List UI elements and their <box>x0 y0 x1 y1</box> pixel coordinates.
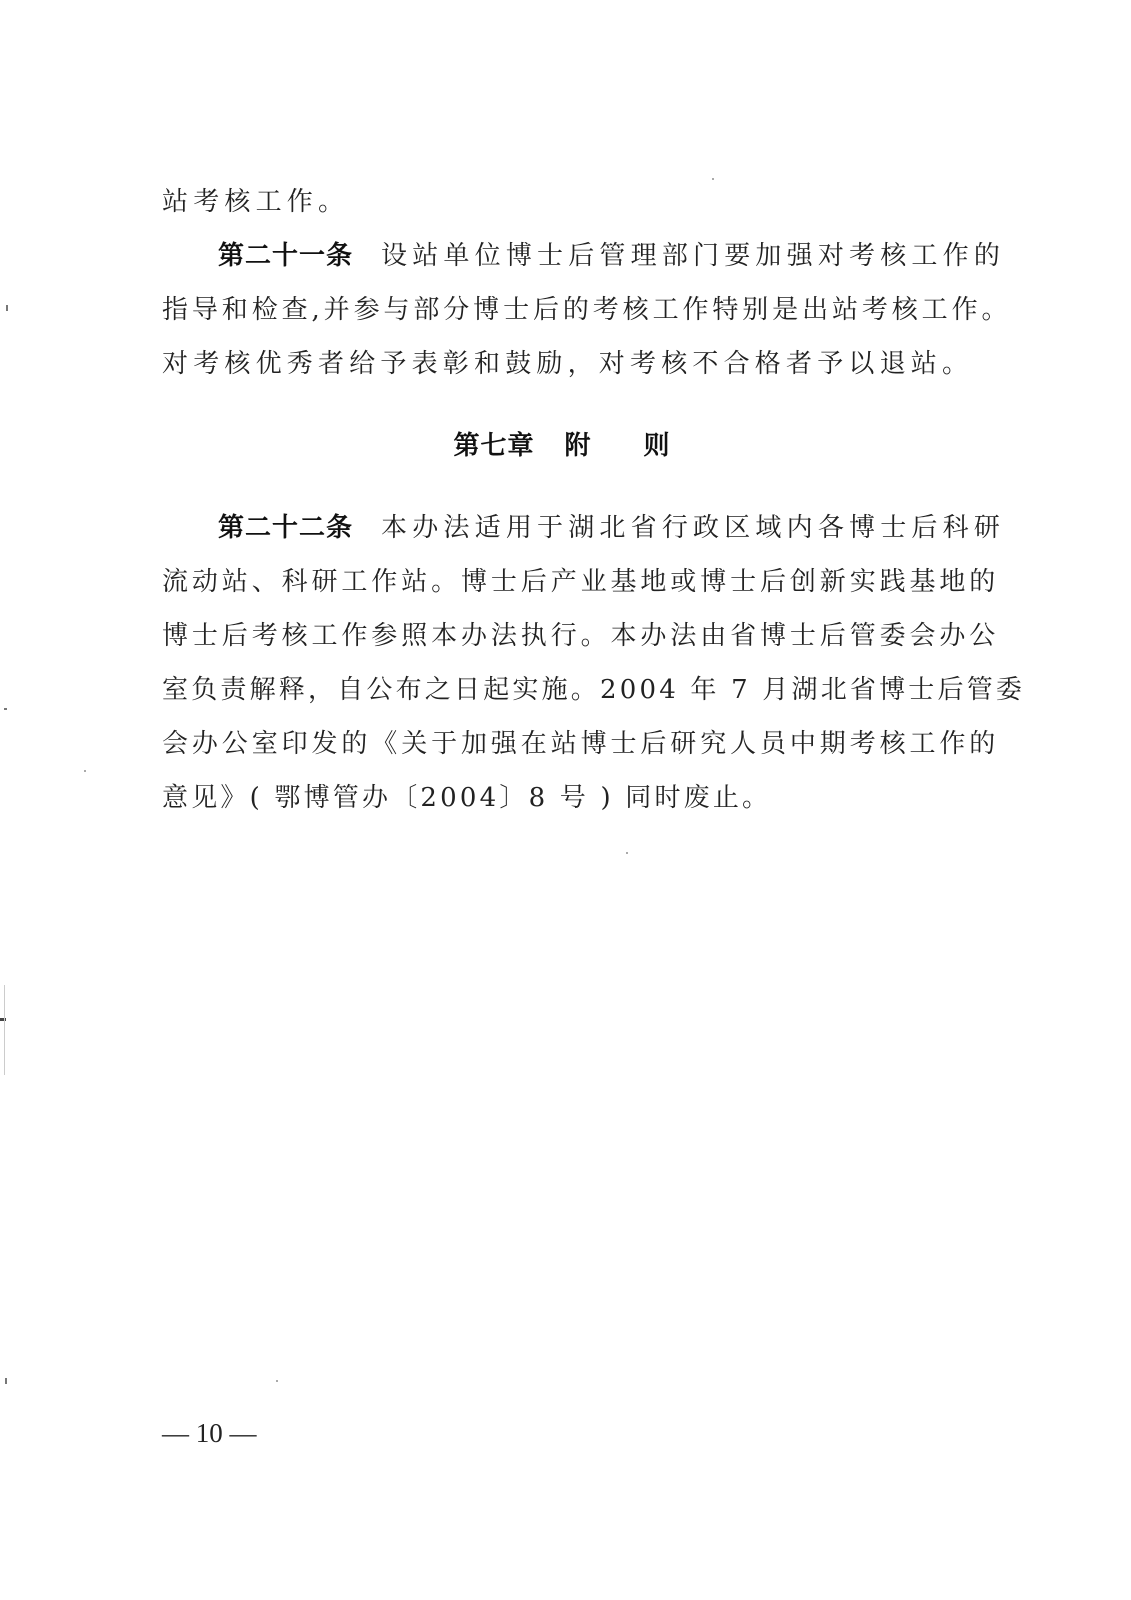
scan-speck <box>626 852 628 854</box>
scan-edge-mark <box>6 305 8 311</box>
scan-edge-mark <box>4 708 7 710</box>
article-21-line-1: 第二十一条设站单位博士后管理部门要加强对考核工作的 <box>218 240 1005 272</box>
article-22-line-5: 会办公室印发的《关于加强在站博士后研究人员中期考核工作的 <box>162 728 999 760</box>
scan-edge-mark <box>0 1018 6 1021</box>
article-22-label: 第二十二条 <box>218 513 353 543</box>
chapter-number: 第七章 <box>453 431 534 461</box>
article-22-line-3: 博士后考核工作参照本办法执行。本办法由省博士后管委会办公 <box>162 620 999 652</box>
page-number: — 10 — <box>162 1418 257 1448</box>
article-21-text: 设站单位博士后管理部门要加强对考核工作的 <box>381 241 1005 271</box>
article-21-line-3: 对考核优秀者给予表彰和鼓励，对考核不合格者予以退站。 <box>162 348 973 380</box>
chapter-title-char-2: 则 <box>644 431 671 461</box>
scan-speck <box>84 770 86 772</box>
article-22-text: 本办法适用于湖北省行政区域内各博士后科研 <box>381 513 1005 543</box>
article-22-line-1: 第二十二条本办法适用于湖北省行政区域内各博士后科研 <box>218 512 1005 544</box>
document-page: 站考核工作。 第二十一条设站单位博士后管理部门要加强对考核工作的 指导和检查,并… <box>0 0 1131 1600</box>
chapter-title-char-1: 附 <box>564 431 591 461</box>
article-22-line-4: 室负责解释，自公布之日起实施。2004 年 7 月湖北省博士后管委 <box>162 674 1025 706</box>
scan-speck <box>712 178 714 180</box>
paragraph-continuation: 站考核工作。 <box>162 186 349 218</box>
article-21-label: 第二十一条 <box>218 241 353 271</box>
article-22-line-2: 流动站、科研工作站。博士后产业基地或博士后创新实践基地的 <box>162 566 999 598</box>
chapter-heading: 第七章附则 <box>162 430 962 462</box>
article-21-line-2: 指导和检查,并参与部分博士后的考核工作特别是出站考核工作。 <box>162 294 1011 326</box>
scan-edge-mark <box>4 985 5 1075</box>
scan-speck <box>276 1380 278 1382</box>
article-22-line-6: 意见》( 鄂博管办〔2004〕8 号 ) 同时废止。 <box>162 782 771 814</box>
scan-edge-mark <box>5 1378 7 1384</box>
